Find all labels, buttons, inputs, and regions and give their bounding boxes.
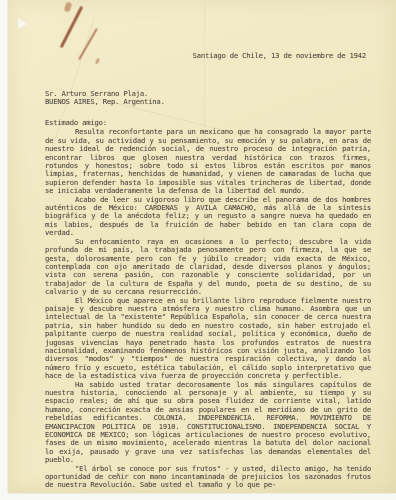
paragraph: "El árbol se conoce por sus frutos" - y … <box>45 465 371 490</box>
paragraph: El México que aparece en su brillante li… <box>45 297 371 381</box>
letter-page: Santiago de Chile, 13 de noviembre de 19… <box>8 0 396 493</box>
rust-stain-mark <box>60 6 84 48</box>
paragraph: Su enfocamiento raya en ocasiones a lo p… <box>45 238 371 297</box>
recipient-block: Sr. Arturo Serrano Plaja. BUENOS AIRES, … <box>45 90 165 107</box>
rust-stain-mark <box>63 1 72 12</box>
paragraph: Resulta reconfortante para un mexicano q… <box>45 128 371 195</box>
letter-body: Estimado amigo: Resulta reconfortante pa… <box>45 119 371 490</box>
recipient-address: BUENOS AIRES, Rep. Argentina. <box>45 98 165 106</box>
paragraph: Ha sabido usted tratar decorosamente los… <box>45 381 371 465</box>
salutation: Estimado amigo: <box>45 119 371 127</box>
paper-edge-chip <box>18 18 27 29</box>
paragraph: Acabo de leer su vigoroso libro que desc… <box>45 196 371 238</box>
dateline: Santiago de Chile, 13 de noviembre de 19… <box>8 52 366 60</box>
scan-background: Santiago de Chile, 13 de noviembre de 19… <box>0 0 396 500</box>
